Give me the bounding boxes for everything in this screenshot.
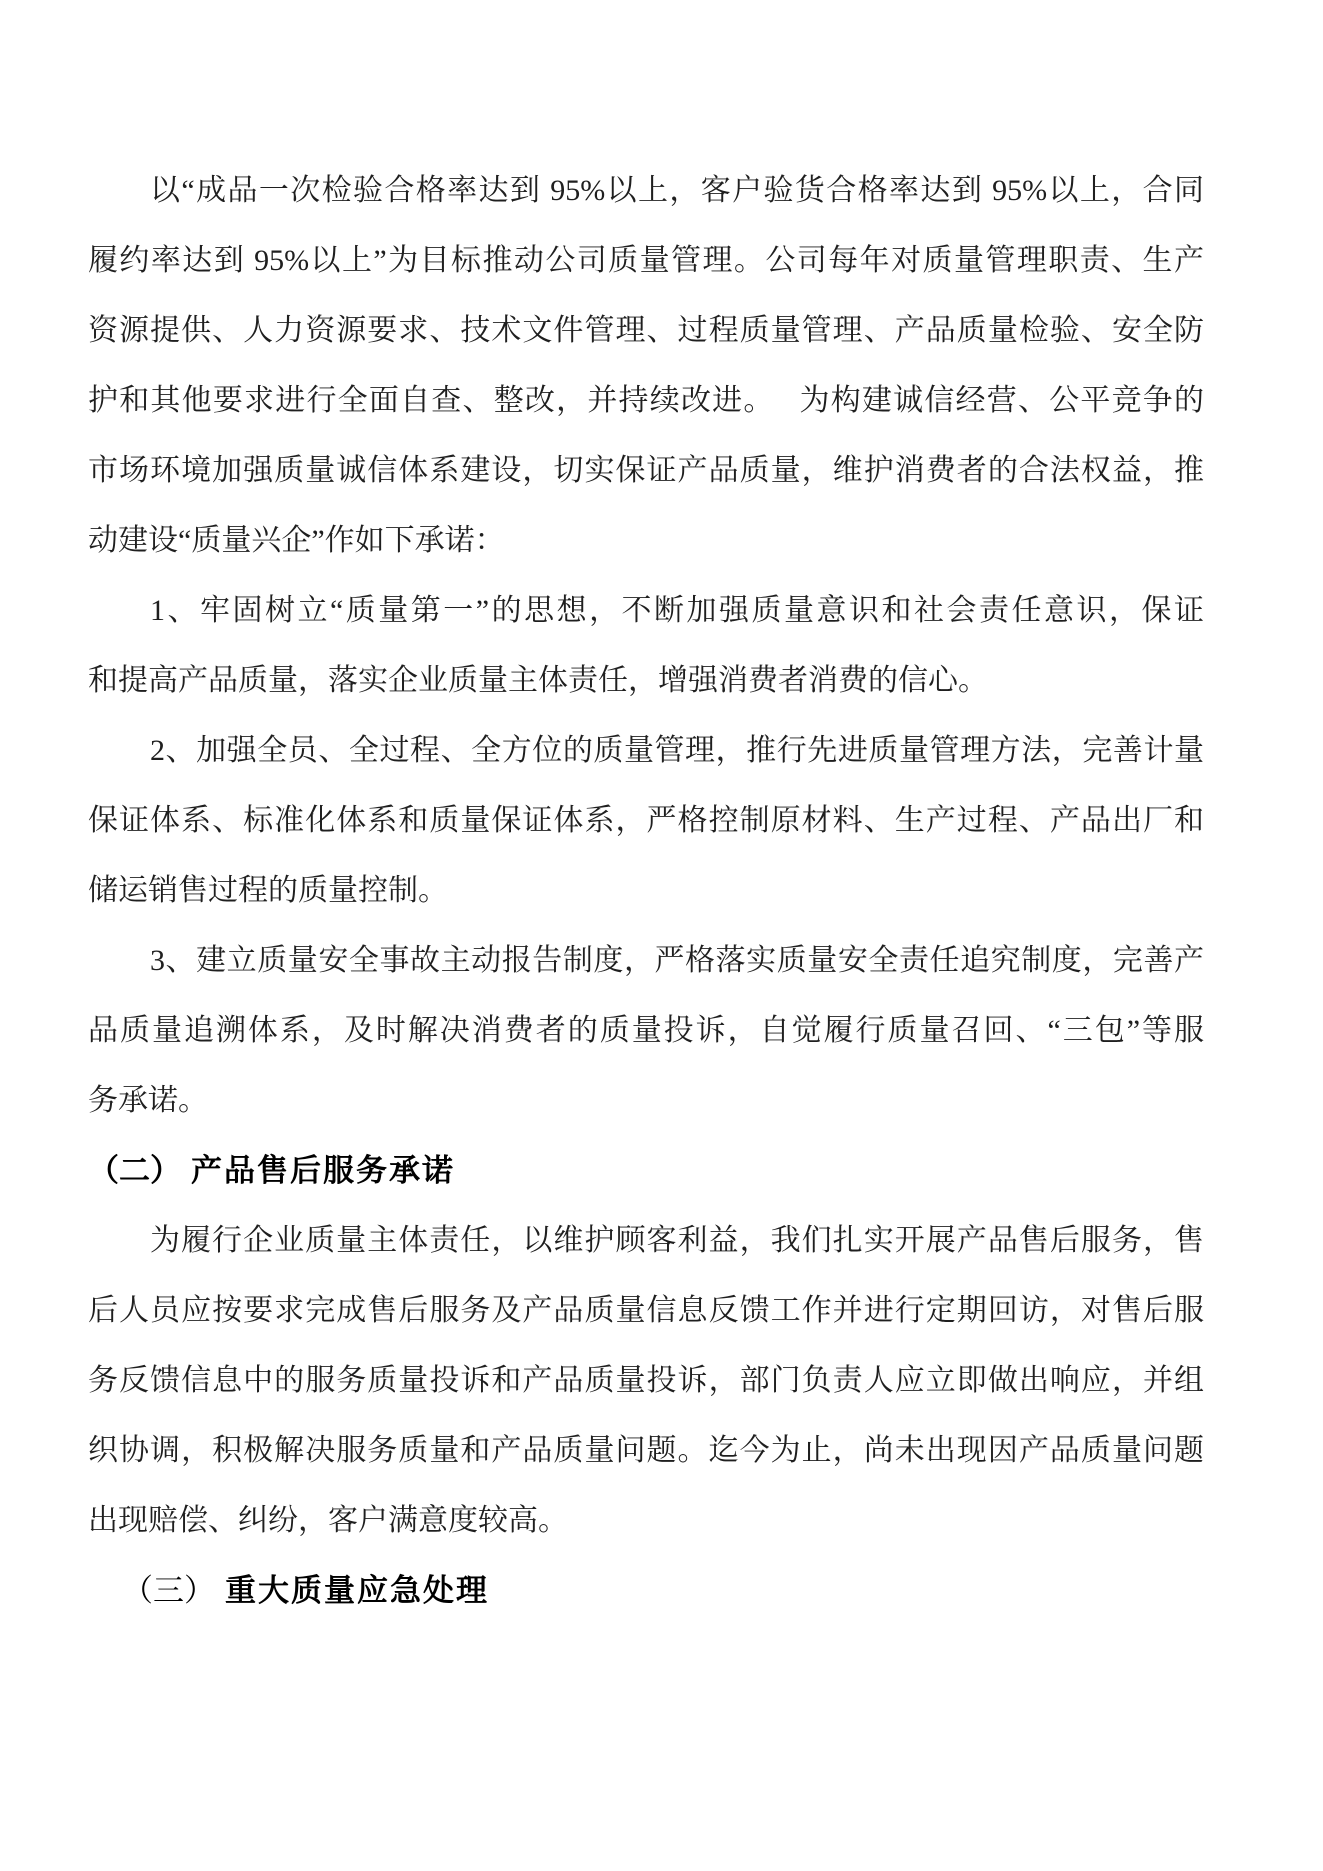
heading-after-sales-service: （二）产品售后服务承诺 xyxy=(88,1136,1204,1206)
heading-title: 产品售后服务承诺 xyxy=(191,1153,455,1188)
document-body: { "document": { "page_bg": "#ffffff", "t… xyxy=(0,0,1323,1871)
text-line: 品质量追溯体系，及时解决消费者的质量投诉，自觉履行质量召回、“三包”等服 xyxy=(88,996,1204,1066)
heading-number: （二） xyxy=(88,1153,181,1188)
text-line: 资源提供、人力资源要求、技术文件管理、过程质量管理、产品质量检验、安全防 xyxy=(88,296,1204,366)
para-commitment-3: 3、建立质量安全事故主动报告制度，严格落实质量安全责任追究制度，完善产品质量追溯… xyxy=(88,926,1204,1136)
text-line: 织协调，积极解决服务质量和产品质量问题。迄今为止，尚未出现因产品质量问题 xyxy=(88,1416,1204,1486)
heading-line: （二）产品售后服务承诺 xyxy=(88,1136,1204,1206)
text-line: 履约率达到 95%以上”为目标推动公司质量管理。公司每年对质量管理职责、生产 xyxy=(88,226,1204,296)
text-line: 动建设“质量兴企”作如下承诺： xyxy=(88,506,1204,576)
text-line: 务反馈信息中的服务质量投诉和产品质量投诉，部门负责人应立即做出响应，并组 xyxy=(88,1346,1204,1416)
text-line: 保证体系、标准化体系和质量保证体系，严格控制原材料、生产过程、产品出厂和 xyxy=(88,786,1204,856)
heading-line: （三）重大质量应急处理 xyxy=(88,1556,1204,1626)
text-line: 市场环境加强质量诚信体系建设，切实保证产品质量，维护消费者的合法权益，推 xyxy=(88,436,1204,506)
document-content: 以“成品一次检验合格率达到 95%以上，客户验货合格率达到 95%以上，合同履约… xyxy=(88,156,1204,1626)
para-commitment-2: 2、加强全员、全过程、全方位的质量管理，推行先进质量管理方法，完善计量保证体系、… xyxy=(88,716,1204,926)
text-line: 储运销售过程的质量控制。 xyxy=(88,856,1204,926)
para-quality-goal: 以“成品一次检验合格率达到 95%以上，客户验货合格率达到 95%以上，合同履约… xyxy=(88,156,1204,576)
heading-title: 重大质量应急处理 xyxy=(225,1573,489,1608)
text-line: 3、建立质量安全事故主动报告制度，严格落实质量安全责任追究制度，完善产 xyxy=(88,926,1204,996)
text-line: 后人员应按要求完成售后服务及产品质量信息反馈工作并进行定期回访，对售后服 xyxy=(88,1276,1204,1346)
para-after-sales-service: 为履行企业质量主体责任，以维护顾客利益，我们扎实开展产品售后服务，售后人员应按要… xyxy=(88,1206,1204,1556)
text-line: 出现赔偿、纠纷，客户满意度较高。 xyxy=(88,1486,1204,1556)
text-line: 务承诺。 xyxy=(88,1066,1204,1136)
text-line: 护和其他要求进行全面自查、整改，并持续改进。 为构建诚信经营、公平竞争的 xyxy=(88,366,1204,436)
text-line: 以“成品一次检验合格率达到 95%以上，客户验货合格率达到 95%以上，合同 xyxy=(88,156,1204,226)
text-line: 1、牢固树立“质量第一”的思想，不断加强质量意识和社会责任意识，保证 xyxy=(88,576,1204,646)
text-line: 和提高产品质量，落实企业质量主体责任，增强消费者消费的信心。 xyxy=(88,646,1204,716)
text-line: 为履行企业质量主体责任，以维护顾客利益，我们扎实开展产品售后服务，售 xyxy=(88,1206,1204,1276)
document-page: 以“成品一次检验合格率达到 95%以上，客户验货合格率达到 95%以上，合同履约… xyxy=(0,0,1323,1871)
para-commitment-1: 1、牢固树立“质量第一”的思想，不断加强质量意识和社会责任意识，保证和提高产品质… xyxy=(88,576,1204,716)
heading-number: （三） xyxy=(122,1573,215,1608)
text-line: 2、加强全员、全过程、全方位的质量管理，推行先进质量管理方法，完善计量 xyxy=(88,716,1204,786)
heading-quality-emergency: （三）重大质量应急处理 xyxy=(88,1556,1204,1626)
